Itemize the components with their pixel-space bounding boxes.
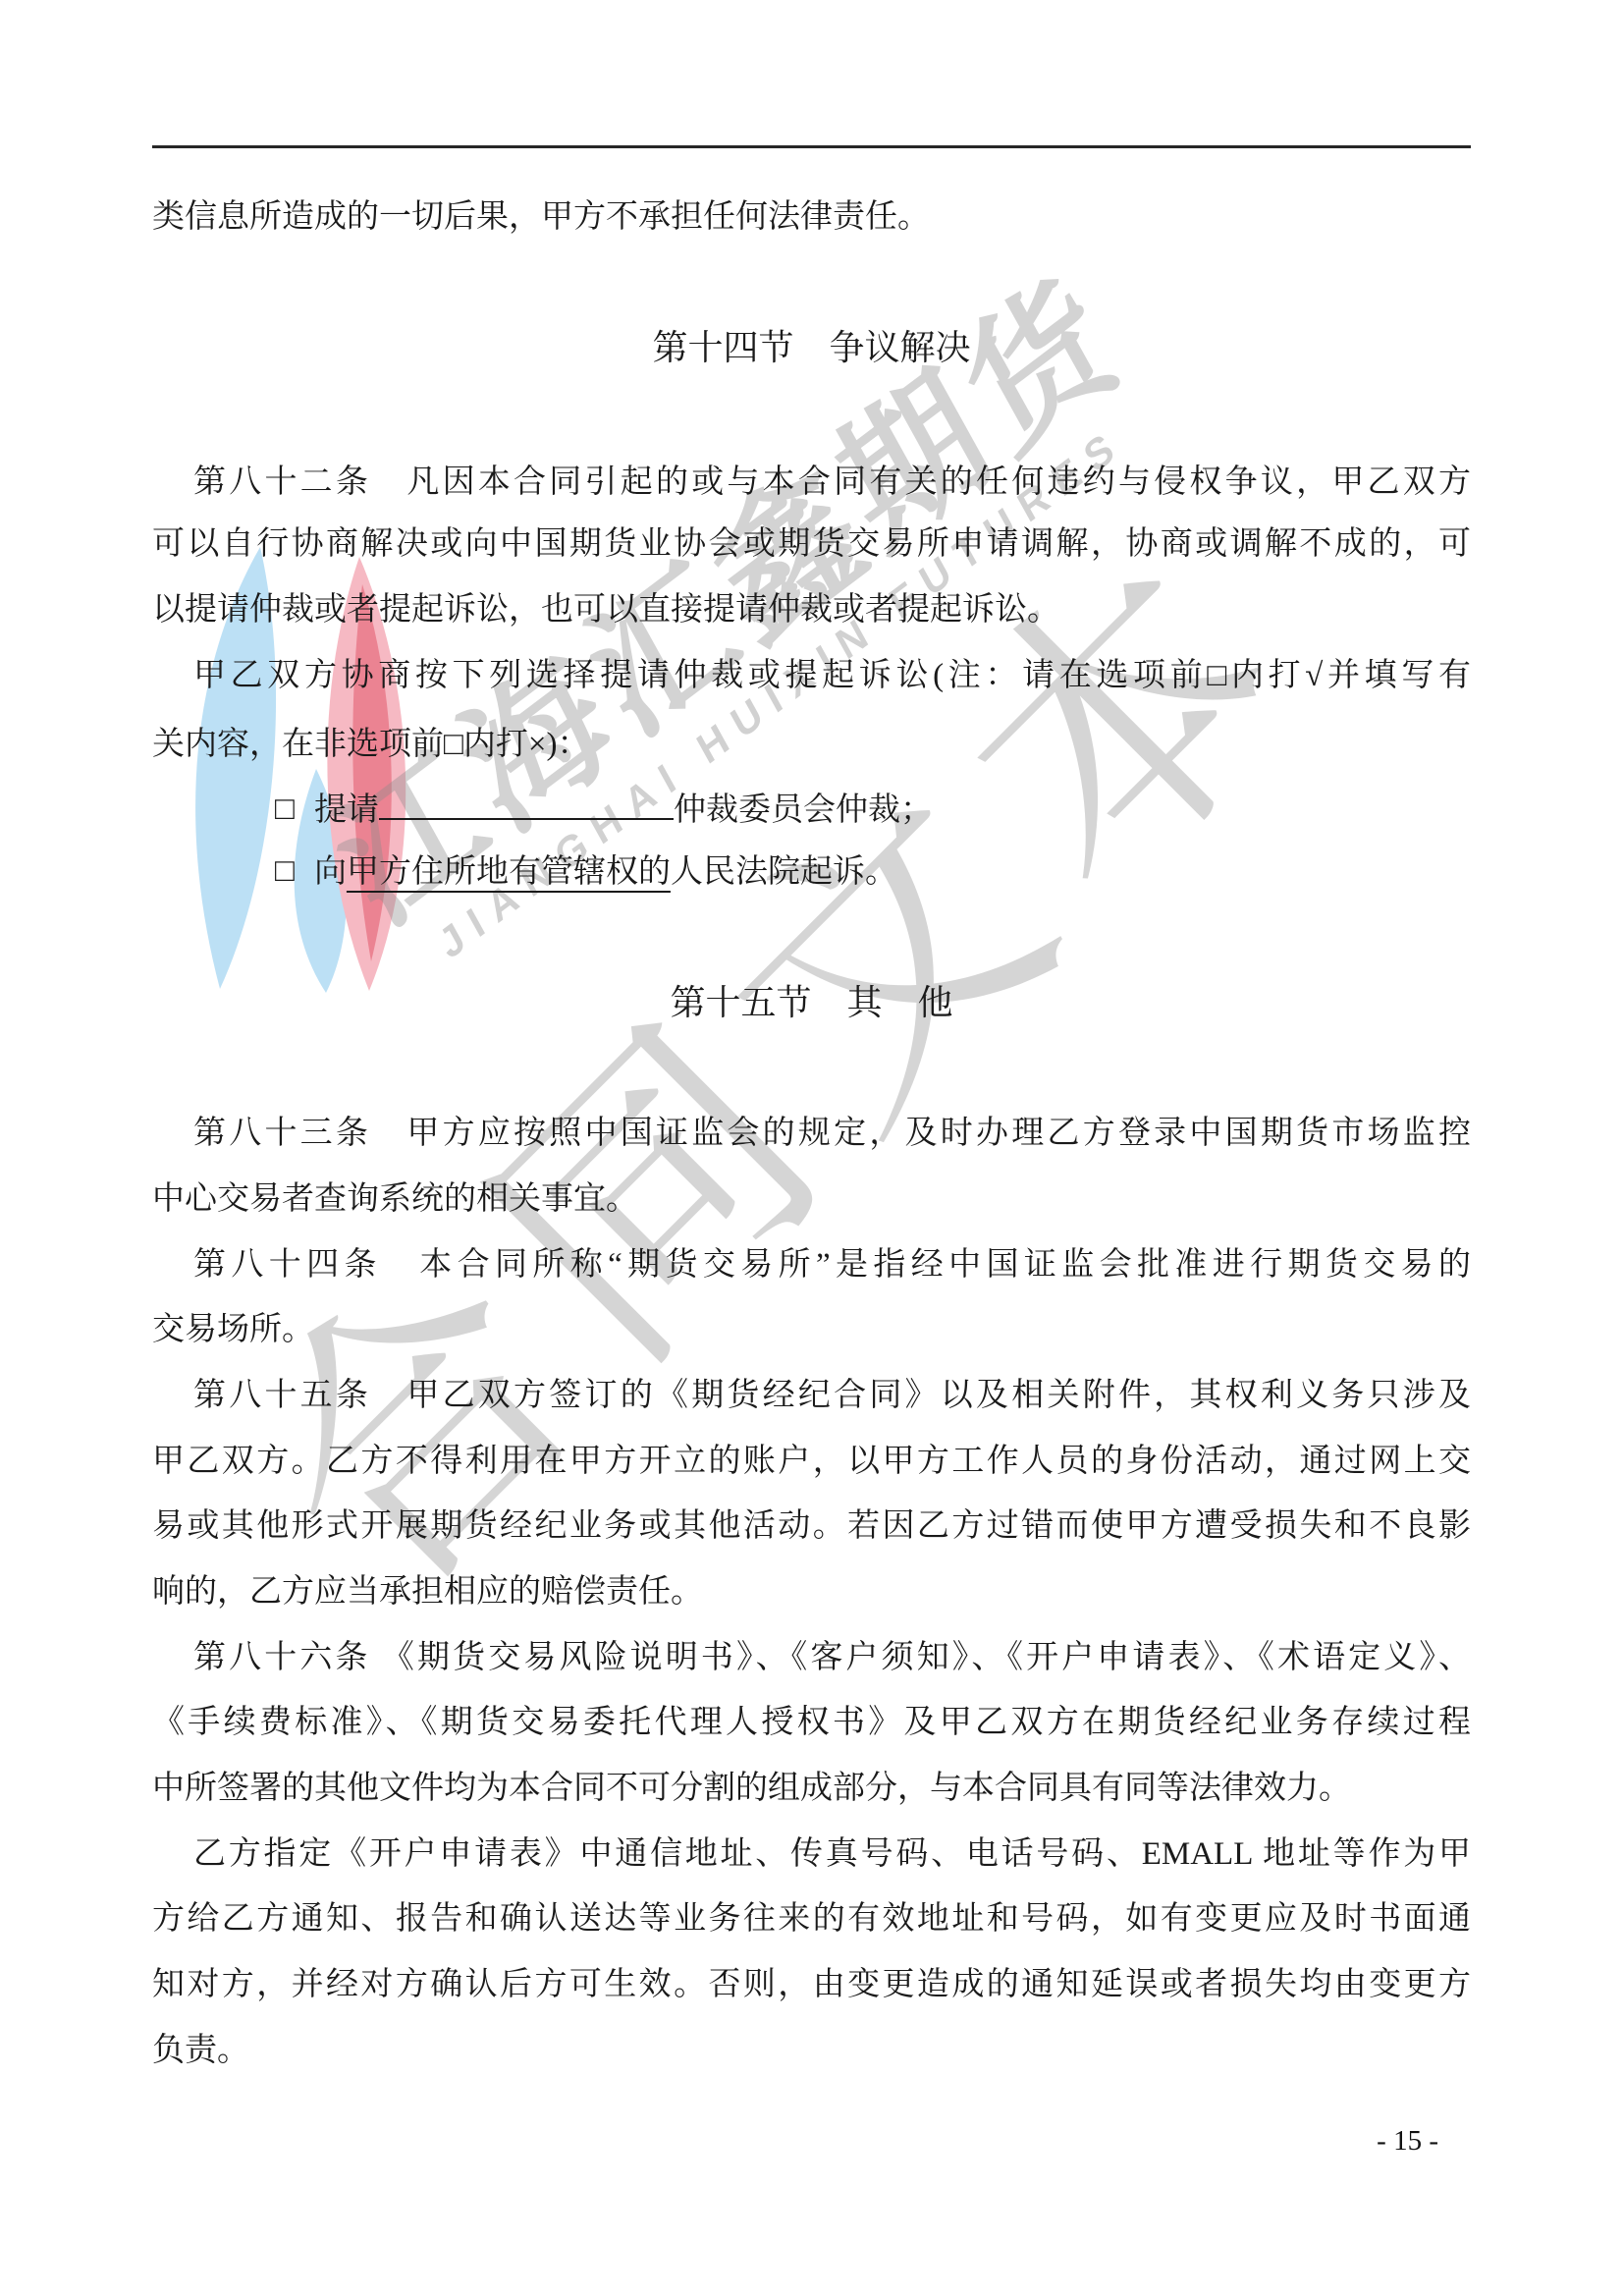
court-checkbox: □ (275, 850, 295, 892)
court-option-row: □向甲方住所地有管辖权的人民法院起诉。 (152, 851, 1471, 893)
header-rule (152, 145, 1471, 148)
article-87-line-1: 乙方指定《开户申请表》中通信地址、传真号码、电话号码、EMALL 地址等作为甲 (152, 1833, 1471, 1875)
arbitration-option-pre-label: 提请 (314, 793, 379, 828)
court-option-post-label: 人民法院起诉。 (671, 854, 897, 890)
article-87-line-2: 方给乙方通知、报告和确认送达等业务往来的有效地址和号码，如有变更应及时书面通 (152, 1898, 1471, 1940)
article-87-line-4: 负责。 (152, 2030, 1471, 2071)
arbitration-option-post-label: 仲裁委员会仲裁； (674, 793, 933, 828)
arbitration-option-row: □提请仲裁委员会仲裁； (152, 786, 1471, 831)
article-86-line-3: 中所签署的其他文件均为本合同不可分割的组成部分，与本合同具有同等法律效力。 (152, 1768, 1471, 1809)
article-87-line-3: 知对方，并经对方确认后方可生效。否则，由变更造成的通知延误或者损失均由变更方 (152, 1964, 1471, 2005)
article-83-line-2: 中心交易者查询系统的相关事宜。 (152, 1178, 1471, 1220)
arbitration-blank-field (379, 786, 674, 820)
section-15-heading: 第十五节 其 他 (152, 982, 1471, 1023)
article-82-line-3: 以提请仲裁或者提起诉讼，也可以直接提请仲裁或者提起诉讼。 (152, 589, 1471, 630)
article-86-line-1: 第八十六条 《期货交易风险说明书》、《客户须知》、《开户申请表》、《术语定义》、 (152, 1637, 1471, 1678)
article-85-line-4: 响的，乙方应当承担相应的赔偿责任。 (152, 1571, 1471, 1613)
paragraph-tail-line: 类信息所造成的一切后果，甲方不承担任何法律责任。 (152, 196, 1471, 238)
article-85-line-2: 甲乙双方。乙方不得利用在甲方开立的账户，以甲方工作人员的身份活动，通过网上交 (152, 1441, 1471, 1482)
article-84-line-1: 第八十四条 本合同所称“期货交易所”是指经中国证监会批准进行期货交易的 (152, 1244, 1471, 1285)
article-86-line-2: 《手续费标准》、《期货交易委托代理人授权书》及甲乙双方在期货经纪业务存续过程 (152, 1702, 1471, 1743)
document-text-layer: 类信息所造成的一切后果，甲方不承担任何法律责任。 第十四节 争议解决 第八十二条… (0, 0, 1623, 2296)
choice-intro-line-2: 关内容，在非选项前□内打×)： (152, 724, 1471, 765)
court-option-pre-label: 向 (314, 854, 347, 890)
article-85-line-1: 第八十五条 甲乙双方签订的《期货经纪合同》以及相关附件，其权利义务只涉及 (152, 1375, 1471, 1416)
contract-page: 江海汇鑫期货 JIANGHAI HUIXIN FUTURES 合同文本 类信息所… (0, 0, 1623, 2296)
article-82-line-1: 第八十二条 凡因本合同引起的或与本合同有关的任何违约与侵权争议，甲乙双方 (152, 462, 1471, 503)
arbitration-checkbox: □ (275, 789, 295, 830)
article-82-line-2: 可以自行协商解决或向中国期货业协会或期货交易所申请调解，协商或调解不成的，可 (152, 523, 1471, 565)
choice-intro-line-1: 甲乙双方协商按下列选择提请仲裁或提起诉讼(注：请在选项前□内打√并填写有 (152, 655, 1471, 696)
article-83-line-1: 第八十三条 甲方应按照中国证监会的规定，及时办理乙方登录中国期货市场监控 (152, 1113, 1471, 1154)
article-84-line-2: 交易场所。 (152, 1309, 1471, 1350)
court-jurisdiction-underlined-text: 甲方住所地有管辖权的 (347, 854, 671, 890)
page-number: - 15 - (152, 2125, 1438, 2158)
section-14-heading: 第十四节 争议解决 (152, 327, 1471, 368)
article-85-line-3: 易或其他形式开展期货经纪业务或其他活动。若因乙方过错而使甲方遭受损失和不良影 (152, 1505, 1471, 1547)
